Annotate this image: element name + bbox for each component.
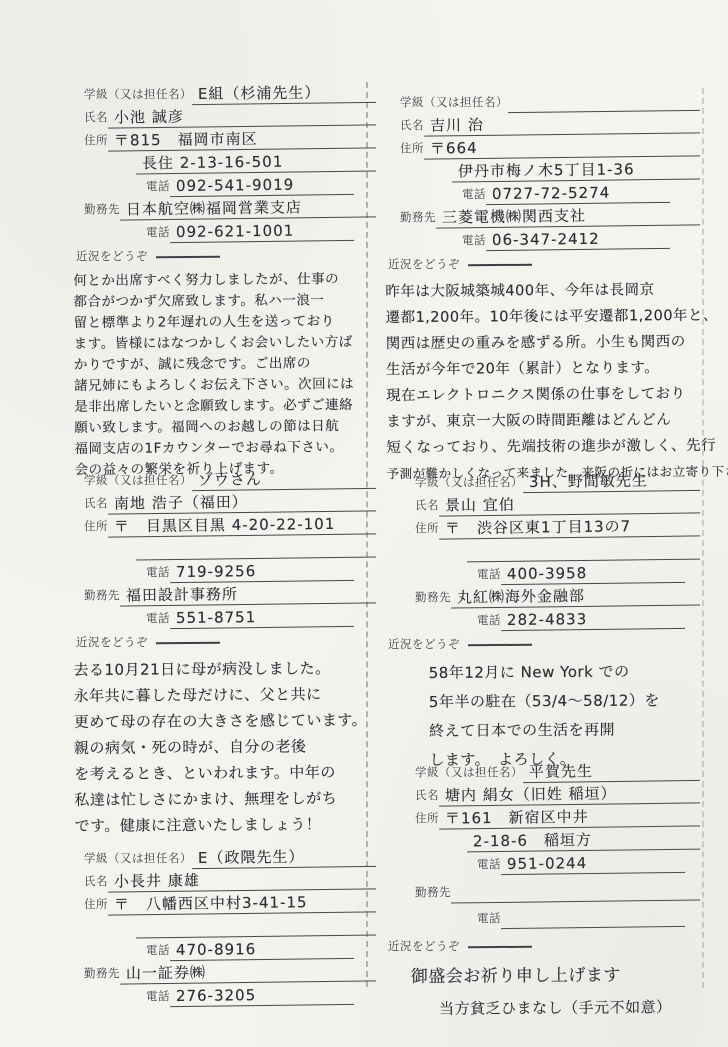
news-prompt-row: 近況をどうぞ <box>388 636 700 654</box>
workplace-phone-value: 282-4833 <box>501 610 685 631</box>
news-line: 去る10月21日に母が病没しました。 <box>73 655 375 683</box>
news-line: 福岡支店の1Fカウンターでお尋ね下さい。 <box>74 437 376 460</box>
name-field-row: 氏名 南地 浩子（福田） <box>84 493 376 513</box>
phone-field-row: 電話 470-8916 <box>146 940 376 960</box>
address-field-label: 住所 <box>84 518 108 536</box>
address-field-row2: 2-18-6 稲垣方 <box>467 831 700 851</box>
news-line: 御盛会お祈り申し上げます <box>411 959 700 993</box>
name-field-label: 氏名 <box>84 109 108 127</box>
news-prompt-row: 近況をどうぞ <box>76 248 376 266</box>
page-edge-dashed-line <box>702 88 704 988</box>
class-field-row: 学級（又は担任名） E（政隈先生） <box>84 848 376 868</box>
address-field-label: 住所 <box>84 896 108 914</box>
news-line: です。健康に注意いたしましょう！ <box>74 811 376 839</box>
address-field-value2 <box>136 934 376 939</box>
phone-field-label: 電話 <box>477 856 501 874</box>
address-field-label: 住所 <box>84 132 108 150</box>
phone-field-label: 電話 <box>146 224 170 242</box>
address-field-row: 住所 〒664 <box>400 138 700 158</box>
workplace-field-value: 三菱電機㈱関西支社 <box>436 206 700 228</box>
name-field-value: 南地 浩子（福田） <box>108 492 376 514</box>
news-line: 58年12月に New York での <box>429 657 700 688</box>
workplace-field-value: 日本航空㈱福岡営業支店 <box>120 198 376 220</box>
workplace-field-row: 勤務先 山一証券㈱ <box>84 963 376 983</box>
name-field-value: 吉川 治 <box>424 114 700 136</box>
workplace-field-label: 勤務先 <box>84 587 120 605</box>
news-line: 永年共に暮した母だけに、父と共に <box>74 681 376 709</box>
name-field-row: 氏名 小池 誠彦 <box>84 107 376 127</box>
news-line: 遷都1,200年。10年後には平安遷都1,200年と、 <box>385 303 699 331</box>
address-field-row: 住所 〒 八幡西区中村3-41-15 <box>84 894 376 914</box>
news-line: 是非出席したいと念願致します。必ずご連絡 <box>74 395 376 418</box>
news-line: 現在エレクトロニクス関係の仕事をしており <box>386 381 700 409</box>
name-field-value: 小池 誠彦 <box>108 106 376 128</box>
phone-field-label: 電話 <box>462 186 486 204</box>
address-field-row2: 長住 2-13-16-501 <box>136 153 376 173</box>
class-field-row: 学級（又は担任名） <box>400 92 700 112</box>
class-field-value: E組（杉浦先生） <box>192 84 376 105</box>
phone-field-value: 470-8916 <box>170 940 354 961</box>
dash-rule <box>156 642 220 644</box>
news-line: かりですが、誠に残念です。ご出席の <box>74 353 376 376</box>
name-field-value: 塘内 絹女（旧姓 稲垣） <box>439 784 700 806</box>
workplace-field-value <box>451 898 700 903</box>
phone-field-row: 電話 092-541-9019 <box>146 176 376 196</box>
address-field-value: 〒 八幡西区中村3-41-15 <box>108 893 376 915</box>
name-field-label: 氏名 <box>415 787 439 805</box>
news-line: 昨年は大阪城築城400年、今年は長岡京 <box>385 277 699 305</box>
news-line: 願い致します。福岡へのお越しの節は日航 <box>74 416 376 439</box>
workplace-field-row: 勤務先 福田設計事務所 <box>84 585 376 605</box>
phone-field-label: 電話 <box>146 942 170 960</box>
phone-field-row: 電話 951-0244 <box>477 854 700 874</box>
phone-field-label: 電話 <box>146 988 170 1006</box>
phone-field-row: 電話 400-3958 <box>477 564 700 584</box>
news-line: 5年半の駐在（53/4〜58/12）を <box>429 686 700 717</box>
news-line: 更めて母の存在の大きさを感じています。 <box>74 707 376 735</box>
phone-field-label: 電話 <box>146 178 170 196</box>
address-field-value: 〒815 福岡市南区 <box>108 129 376 151</box>
phone-field-label: 電話 <box>146 564 170 582</box>
name-field-label: 氏名 <box>400 117 424 135</box>
address-field-value: 〒 渋谷区東1丁目13の7 <box>439 517 700 539</box>
address-field-row: 住所 〒161 新宿区中井 <box>415 808 700 828</box>
address-field-label: 住所 <box>415 810 439 828</box>
address-field-value: 〒664 <box>424 137 700 159</box>
phone-field-label: 電話 <box>477 910 501 928</box>
phone-field-value: 400-3958 <box>501 564 685 585</box>
news-prompt-row: 近況をどうぞ <box>388 938 700 956</box>
dash-rule <box>156 256 220 258</box>
address-field-row: 住所 〒 目黒区目黒 4-20-22-101 <box>84 516 376 536</box>
address-field-row2 <box>136 539 376 559</box>
class-field-label: 学級（又は担任名） <box>84 472 192 490</box>
class-field-label: 学級（又は担任名） <box>400 94 508 112</box>
dash-rule <box>468 946 532 948</box>
name-field-row: 氏名 小長井 康雄 <box>84 871 376 891</box>
workplace-phone-value: 276-3205 <box>170 986 354 1007</box>
class-field-value <box>508 109 700 113</box>
phone-field-label: 電話 <box>477 612 501 630</box>
news-prompt-label: 近況をどうぞ <box>76 248 148 266</box>
phone-field-value: 092-541-9019 <box>170 176 354 197</box>
name-field-value: 小長井 康雄 <box>108 870 376 892</box>
phone-field-value: 951-0244 <box>501 854 685 875</box>
class-field-row: 学級（又は担任名） 平賀先生 <box>415 762 700 782</box>
news-prompt-label: 近況をどうぞ <box>388 938 460 956</box>
news-line: 短くなっており、先端技術の進歩が激しく、先行 <box>386 433 700 461</box>
address-field-row: 住所 〒 渋谷区東1丁目13の7 <box>415 518 700 538</box>
name-field-value: 景山 宜伯 <box>439 494 700 516</box>
workplace-field-row: 勤務先 日本航空㈱福岡営業支店 <box>84 199 376 219</box>
workplace-field-row: 勤務先 三菱電機㈱関西支社 <box>400 207 700 227</box>
name-field-label: 氏名 <box>84 873 108 891</box>
news-prompt-row: 近況をどうぞ <box>388 256 700 274</box>
workplace-field-label: 勤務先 <box>400 209 436 227</box>
class-field-value: E（政隈先生） <box>192 848 376 869</box>
news-line: 諸兄姉にもよろしくお伝え下さい。次回には <box>74 374 376 397</box>
phone-field-label: 電話 <box>146 610 170 628</box>
class-field-row: 学級（又は担任名） ゾウさん <box>84 470 376 490</box>
dash-rule <box>468 644 532 646</box>
name-field-label: 氏名 <box>415 497 439 515</box>
news-line: 都合がつかず欠席致します。私ハ一浪一 <box>73 290 375 313</box>
workplace-field-label: 勤務先 <box>84 201 120 219</box>
name-field-row: 氏名 塘内 絹女（旧姓 稲垣） <box>415 785 700 805</box>
workplace-field-row: 勤務先 丸紅㈱海外金融部 <box>415 587 700 607</box>
directory-entry: 学級（又は担任名） 氏名 吉川 治 住所 〒664 伊丹市梅ノ木5丁目1-36 … <box>400 92 700 486</box>
news-line: ます。皆様にはなつかしくお会いしたい方ば <box>74 332 376 355</box>
phone-field-row: 電話 0727-72-5274 <box>462 184 700 204</box>
workplace-field-label: 勤務先 <box>415 884 451 902</box>
workplace-field-value: 山一証券㈱ <box>120 962 376 984</box>
address-field-value2 <box>467 558 700 563</box>
name-field-label: 氏名 <box>84 495 108 513</box>
class-field-label: 学級（又は担任名） <box>415 764 523 782</box>
workplace-phone-row: 電話 282-4833 <box>477 610 700 630</box>
class-field-row: 学級（又は担任名） 3H、野間敏先生 <box>415 472 700 492</box>
address-field-value2: 長住 2-13-16-501 <box>136 153 376 175</box>
news-line: 私達は忙しさにかまけ、無理をしがち <box>74 785 376 813</box>
news-text: 去る10月21日に母が病没しました。 永年共に暮した母だけに、父と共に 更めて母… <box>73 655 376 839</box>
class-field-label: 学級（又は担任名） <box>84 850 192 868</box>
workplace-field-row: 勤務先 <box>415 882 700 902</box>
workplace-phone-value: 06-347-2412 <box>486 230 670 251</box>
directory-entry: 学級（又は担任名） ゾウさん 氏名 南地 浩子（福田） 住所 〒 目黒区目黒 4… <box>84 470 376 838</box>
workplace-field-label: 勤務先 <box>415 589 451 607</box>
phone-field-label: 電話 <box>477 566 501 584</box>
news-line: 当方貧乏ひまなし（手元不如意） <box>439 991 700 1025</box>
workplace-phone-value: 551-8751 <box>170 608 354 629</box>
news-prompt-row: 近況をどうぞ <box>76 634 376 652</box>
scanned-document-page: 学級（又は担任名） E組（杉浦先生） 氏名 小池 誠彦 住所 〒815 福岡市南… <box>0 0 728 1047</box>
news-prompt-label: 近況をどうぞ <box>76 634 148 652</box>
workplace-phone-row: 電話 276-3205 <box>146 986 376 1006</box>
address-field-value2 <box>136 556 376 561</box>
name-field-row: 氏名 吉川 治 <box>400 115 700 135</box>
news-line: 関西は歴史の重みを感ずる所。小生も関西の <box>386 329 700 357</box>
class-field-row: 学級（又は担任名） E組（杉浦先生） <box>84 84 376 104</box>
address-field-value2: 2-18-6 稲垣方 <box>467 831 700 853</box>
workplace-phone-row: 電話 06-347-2412 <box>462 230 700 250</box>
news-text: 何とか出席すべく努力しましたが、仕事の 都合がつかず欠席致します。私ハ一浪一 留… <box>73 269 376 481</box>
news-line: 留と標準より2年遅れの人生を送っており <box>74 311 376 334</box>
directory-entry: 学級（又は担任名） E（政隈先生） 氏名 小長井 康雄 住所 〒 八幡西区中村3… <box>84 848 376 1009</box>
news-line: を考えるとき、といわれます。中年の <box>74 759 376 787</box>
class-field-value: 平賀先生 <box>523 762 700 783</box>
news-line: 親の病気・死の時が、自分の老後 <box>74 733 376 761</box>
workplace-phone-row: 電話 092-621-1001 <box>146 222 376 242</box>
workplace-phone-value <box>501 925 685 929</box>
news-line: 何とか出席すべく努力しましたが、仕事の <box>73 269 375 292</box>
dash-rule <box>468 264 532 266</box>
workplace-field-value: 丸紅㈱海外金融部 <box>451 586 700 608</box>
news-prompt-label: 近況をどうぞ <box>388 636 460 654</box>
news-text: 58年12月に New York での 5年半の駐在（53/4〜58/12）を … <box>429 657 701 775</box>
phone-field-label: 電話 <box>462 232 486 250</box>
address-field-value2: 伊丹市梅ノ木5丁目1-36 <box>452 160 700 182</box>
directory-entry: 学級（又は担任名） 平賀先生 氏名 塘内 絹女（旧姓 稲垣） 住所 〒161 新… <box>415 762 700 1024</box>
address-field-label: 住所 <box>400 140 424 158</box>
directory-entry: 学級（又は担任名） 3H、野間敏先生 氏名 景山 宜伯 住所 〒 渋谷区東1丁目… <box>415 472 700 774</box>
address-field-label: 住所 <box>415 520 439 538</box>
class-field-label: 学級（又は担任名） <box>415 474 523 492</box>
directory-entry: 学級（又は担任名） E組（杉浦先生） 氏名 小池 誠彦 住所 〒815 福岡市南… <box>84 84 376 480</box>
workplace-phone-row: 電話 <box>477 908 700 928</box>
phone-field-row: 電話 719-9256 <box>146 562 376 582</box>
workplace-field-value: 福田設計事務所 <box>120 584 376 606</box>
phone-field-value: 719-9256 <box>170 562 354 583</box>
address-field-value: 〒161 新宿区中井 <box>439 807 700 829</box>
workplace-phone-value: 092-621-1001 <box>170 222 354 243</box>
workplace-field-label: 勤務先 <box>84 965 120 983</box>
address-field-row: 住所 〒815 福岡市南区 <box>84 130 376 150</box>
address-field-row2 <box>467 541 700 561</box>
news-text: 御盛会お祈り申し上げます 当方貧乏ひまなし（手元不如意） <box>411 959 700 1025</box>
phone-field-value: 0727-72-5274 <box>486 184 670 205</box>
name-field-row: 氏名 景山 宜伯 <box>415 495 700 515</box>
class-field-label: 学級（又は担任名） <box>84 86 192 104</box>
address-field-value: 〒 目黒区目黒 4-20-22-101 <box>108 515 376 537</box>
class-field-value: ゾウさん <box>192 470 376 491</box>
news-line: 終えて日本での生活を再開 <box>429 715 700 746</box>
news-prompt-label: 近況をどうぞ <box>388 256 460 274</box>
workplace-phone-row: 電話 551-8751 <box>146 608 376 628</box>
address-field-row2 <box>136 917 376 937</box>
news-line: ますが、東京一大阪の時間距離はどんどん <box>386 407 700 435</box>
address-field-row2: 伊丹市梅ノ木5丁目1-36 <box>452 161 700 181</box>
class-field-value: 3H、野間敏先生 <box>523 472 700 493</box>
news-line: 生活が今年で20年（累計）となります。 <box>386 355 700 383</box>
news-text: 昨年は大阪城築城400年、今年は長岡京 遷都1,200年。10年後には平安遷都1… <box>385 277 700 487</box>
